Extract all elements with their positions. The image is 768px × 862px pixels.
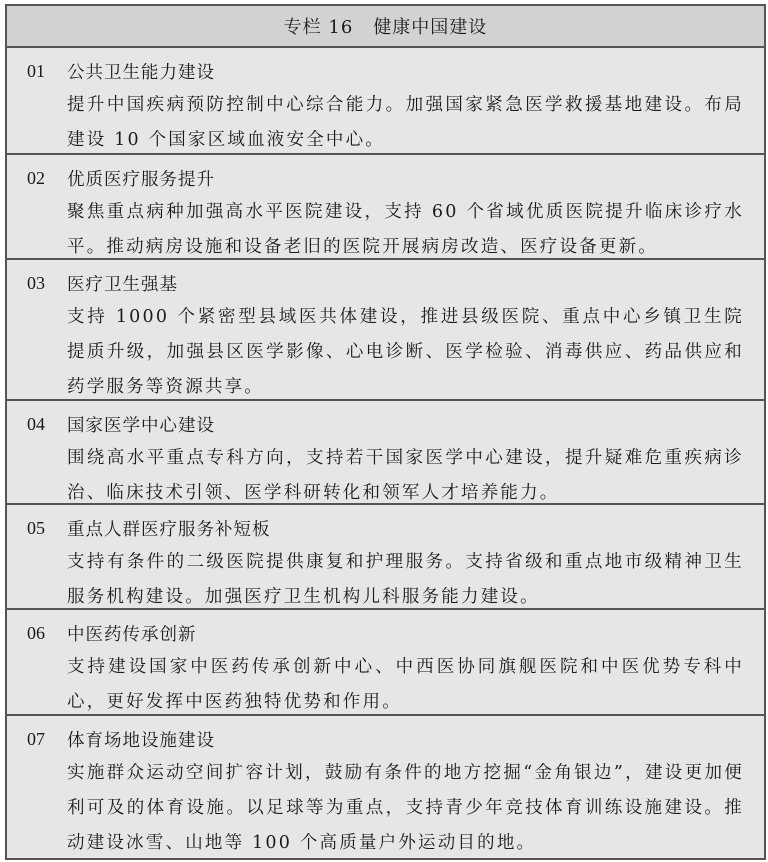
item-number: 03: [27, 273, 67, 294]
item-title: 公共卫生能力建设: [67, 59, 215, 84]
item-description: 支持有条件的二级医院提供康复和护理服务。支持省级和重点地市级精神卫生服务机构建设…: [67, 545, 744, 615]
item-number: 02: [27, 168, 67, 189]
item-heading: 02 优质医疗服务提升: [27, 161, 744, 195]
item-number: 05: [27, 518, 67, 539]
item-number: 04: [27, 414, 67, 435]
item-title: 优质医疗服务提升: [67, 166, 215, 191]
box-title: 健康中国建设: [373, 13, 487, 39]
item-heading: 05 重点人群医疗服务补短板: [27, 511, 744, 545]
item-number: 07: [27, 729, 67, 750]
item-description: 支持 1000 个紧密型县域医共体建设，推进县级医院、重点中心乡镇卫生院提质升级…: [67, 300, 744, 405]
item-heading: 07 体育场地设施建设: [27, 722, 744, 756]
item-description: 支持建设国家中医药传承创新中心、中西医协同旗舰医院和中医优势专科中心，更好发挥中…: [67, 650, 744, 720]
item-description: 聚焦重点病种加强高水平医院建设，支持 60 个省域优质医院提升临床诊疗水平。推动…: [67, 195, 744, 265]
item-heading: 06 中医药传承创新: [27, 616, 744, 650]
item-row-04: 04 国家医学中心建设 围绕高水平重点专科方向，支持若干国家医学中心建设，提升疑…: [7, 401, 764, 505]
feature-box: 专栏 16 健康中国建设 01 公共卫生能力建设 提升中国疾病预防控制中心综合能…: [5, 4, 766, 860]
box-header: 专栏 16 健康中国建设: [7, 6, 764, 48]
item-heading: 03 医疗卫生强基: [27, 266, 744, 300]
item-number: 06: [27, 623, 67, 644]
item-description: 提升中国疾病预防控制中心综合能力。加强国家紧急医学救援基地建设。布局建设 10 …: [67, 88, 744, 158]
item-title: 重点人群医疗服务补短板: [67, 516, 271, 541]
item-row-05: 05 重点人群医疗服务补短板 支持有条件的二级医院提供康复和护理服务。支持省级和…: [7, 505, 764, 610]
item-heading: 04 国家医学中心建设: [27, 407, 744, 441]
item-title: 中医药传承创新: [67, 621, 197, 646]
item-title: 体育场地设施建设: [67, 727, 215, 752]
item-description: 围绕高水平重点专科方向，支持若干国家医学中心建设，提升疑难危重疾病诊治、临床技术…: [67, 441, 744, 511]
item-title: 医疗卫生强基: [67, 271, 178, 296]
item-row-07: 07 体育场地设施建设 实施群众运动空间扩容计划，鼓励有条件的地方挖掘“金角银边…: [7, 716, 764, 858]
item-row-06: 06 中医药传承创新 支持建设国家中医药传承创新中心、中西医协同旗舰医院和中医优…: [7, 610, 764, 716]
box-label: 专栏 16: [284, 13, 354, 39]
item-row-02: 02 优质医疗服务提升 聚焦重点病种加强高水平医院建设，支持 60 个省域优质医…: [7, 155, 764, 260]
item-heading: 01 公共卫生能力建设: [27, 54, 744, 88]
item-title: 国家医学中心建设: [67, 412, 215, 437]
item-number: 01: [27, 61, 67, 82]
item-row-03: 03 医疗卫生强基 支持 1000 个紧密型县域医共体建设，推进县级医院、重点中…: [7, 260, 764, 401]
item-row-01: 01 公共卫生能力建设 提升中国疾病预防控制中心综合能力。加强国家紧急医学救援基…: [7, 48, 764, 155]
item-description: 实施群众运动空间扩容计划，鼓励有条件的地方挖掘“金角银边”，建设更加便利可及的体…: [67, 756, 744, 861]
